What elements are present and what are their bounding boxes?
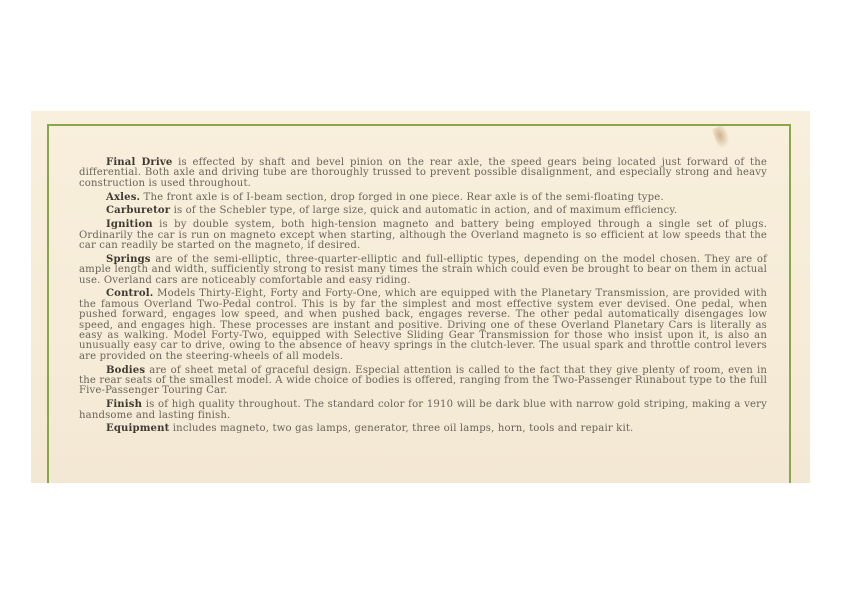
- heading-ignition: Ignition: [106, 219, 153, 230]
- paragraph-control: Control. Models Thirty-Eight, Forty and …: [79, 289, 767, 362]
- paragraph-bodies: Bodies are of sheet metal of graceful de…: [79, 366, 767, 397]
- heading-equipment: Equipment: [106, 423, 169, 434]
- body-finish: is of high quality throughout. The stand…: [79, 399, 767, 420]
- heading-axles: Axles.: [106, 192, 140, 203]
- heading-final-drive: Final Drive: [106, 157, 172, 168]
- body-axles: The front axle is of I-beam section, dro…: [140, 192, 664, 203]
- body-control: Models Thirty-Eight, Forty and Forty-One…: [79, 288, 767, 361]
- body-bodies: are of sheet metal of graceful design. E…: [79, 365, 767, 397]
- heading-carburetor: Carburetor: [106, 205, 170, 216]
- body-springs: are of the semi-elliptic, three-quarter-…: [79, 254, 767, 286]
- scanned-page: Final Drive is effected by shaft and bev…: [31, 111, 810, 483]
- body-ignition: is by double system, both high-tension m…: [79, 219, 767, 251]
- paragraph-carburetor: Carburetor is of the Schebler type, of l…: [79, 206, 767, 216]
- paragraph-equipment: Equipment includes magneto, two gas lamp…: [79, 424, 767, 434]
- heading-control: Control.: [106, 288, 153, 299]
- paragraph-axles: Axles. The front axle is of I-beam secti…: [79, 193, 767, 203]
- heading-finish: Finish: [106, 399, 142, 410]
- heading-springs: Springs: [106, 254, 151, 265]
- paragraph-springs: Springs are of the semi-elliptic, three-…: [79, 255, 767, 286]
- paragraph-ignition: Ignition is by double system, both high-…: [79, 220, 767, 251]
- paragraph-finish: Finish is of high quality throughout. Th…: [79, 400, 767, 421]
- specifications-text: Final Drive is effected by shaft and bev…: [79, 158, 767, 438]
- body-carburetor: is of the Schebler type, of large size, …: [170, 205, 677, 216]
- body-final-drive: is effected by shaft and bevel pinion on…: [79, 157, 767, 189]
- heading-bodies: Bodies: [106, 365, 145, 376]
- paragraph-final-drive: Final Drive is effected by shaft and bev…: [79, 158, 767, 189]
- body-equipment: includes magneto, two gas lamps, generat…: [169, 423, 633, 434]
